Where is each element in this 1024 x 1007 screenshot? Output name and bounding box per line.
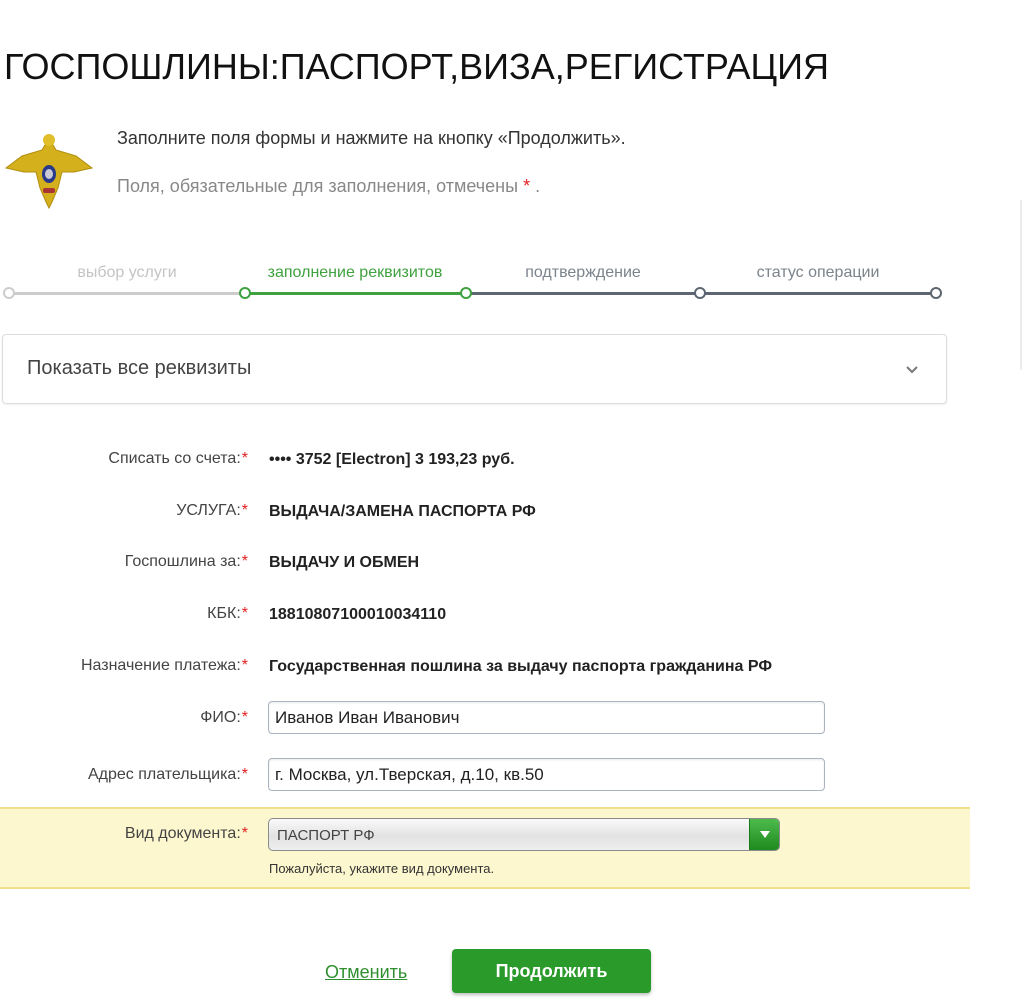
chevron-down-icon (904, 361, 920, 377)
document-type-hint: Пожалуйста, укажите вид документа. (269, 861, 494, 876)
document-type-selected: ПАСПОРТ РФ (277, 827, 375, 844)
dropdown-button[interactable] (749, 819, 779, 850)
step-select-service: выбор услуги (77, 264, 176, 282)
required-star: * (242, 766, 248, 783)
full-name-label-text: ФИО: (200, 709, 241, 726)
step-dot-5 (930, 287, 942, 299)
page-title: ГОСПОШЛИНЫ:ПАСПОРТ,ВИЗА,РЕГИСТРАЦИЯ (4, 46, 829, 88)
full-name-input[interactable] (268, 701, 825, 734)
triangle-down-icon (759, 830, 771, 840)
step-dot-3 (460, 287, 472, 299)
service-label: УСЛУГА:* (0, 502, 248, 520)
document-type-label: Вид документа:* (0, 825, 248, 843)
payer-address-label: Адрес плательщика:* (0, 766, 248, 784)
step-fill-details: заполнение реквизитов (268, 264, 443, 282)
step-line-1 (10, 292, 246, 295)
step-dot-4 (694, 287, 706, 299)
kbk-value: 18810807100010034110 (269, 606, 446, 624)
fee-for-label: Госпошлина за:* (0, 553, 248, 571)
mvd-emblem-icon (2, 128, 96, 210)
service-label-text: УСЛУГА: (176, 502, 241, 519)
step-line-4 (700, 292, 936, 295)
payment-purpose-label-text: Назначение платежа: (81, 657, 241, 674)
required-star: * (242, 502, 248, 519)
service-value: ВЫДАЧА/ЗАМЕНА ПАСПОРТА РФ (269, 503, 536, 521)
document-type-label-text: Вид документа: (125, 825, 241, 842)
step-confirmation: подтверждение (525, 264, 641, 282)
continue-button[interactable]: Продолжить (452, 949, 651, 993)
required-star: * (242, 825, 248, 842)
show-all-details-label: Показать все реквизиты (27, 357, 251, 380)
step-line-3 (466, 292, 700, 295)
instruction-text: Заполните поля формы и нажмите на кнопку… (117, 128, 626, 149)
fee-for-label-text: Госпошлина за: (125, 553, 241, 570)
show-all-details-toggle[interactable]: Показать все реквизиты (2, 334, 947, 404)
fee-for-value: ВЫДАЧУ И ОБМЕН (269, 554, 419, 572)
step-dot-2 (239, 287, 251, 299)
step-line-2 (246, 292, 466, 295)
payer-address-label-text: Адрес плательщика: (88, 766, 241, 783)
required-star: * (242, 553, 248, 570)
payment-purpose-label: Назначение платежа:* (0, 657, 248, 675)
required-note-text: Поля, обязательные для заполнения, отмеч… (117, 176, 518, 196)
required-star: * (242, 709, 248, 726)
payer-address-input[interactable] (268, 758, 825, 791)
required-star: * (242, 450, 248, 467)
kbk-label: КБК:* (0, 605, 248, 623)
document-type-select[interactable]: ПАСПОРТ РФ (268, 818, 780, 851)
required-star: * (242, 657, 248, 674)
step-operation-status: статус операции (757, 264, 880, 282)
step-dot-1 (3, 287, 15, 299)
payment-purpose-value: Государственная пошлина за выдачу паспор… (269, 658, 772, 676)
full-name-label: ФИО:* (0, 709, 248, 727)
progress-stepper: выбор услуги заполнение реквизитов подтв… (0, 262, 950, 307)
account-value: •••• 3752 [Electron] 3 193,23 руб. (269, 451, 515, 469)
cancel-link[interactable]: Отменить (325, 962, 407, 983)
required-star: * (242, 605, 248, 622)
required-fields-note: Поля, обязательные для заполнения, отмеч… (117, 176, 540, 197)
required-note-end: . (530, 176, 540, 196)
scrollbar-track[interactable] (1020, 200, 1022, 370)
account-label: Списать со счета:* (0, 450, 248, 468)
account-label-text: Списать со счета: (108, 450, 240, 467)
kbk-label-text: КБК: (207, 605, 241, 622)
